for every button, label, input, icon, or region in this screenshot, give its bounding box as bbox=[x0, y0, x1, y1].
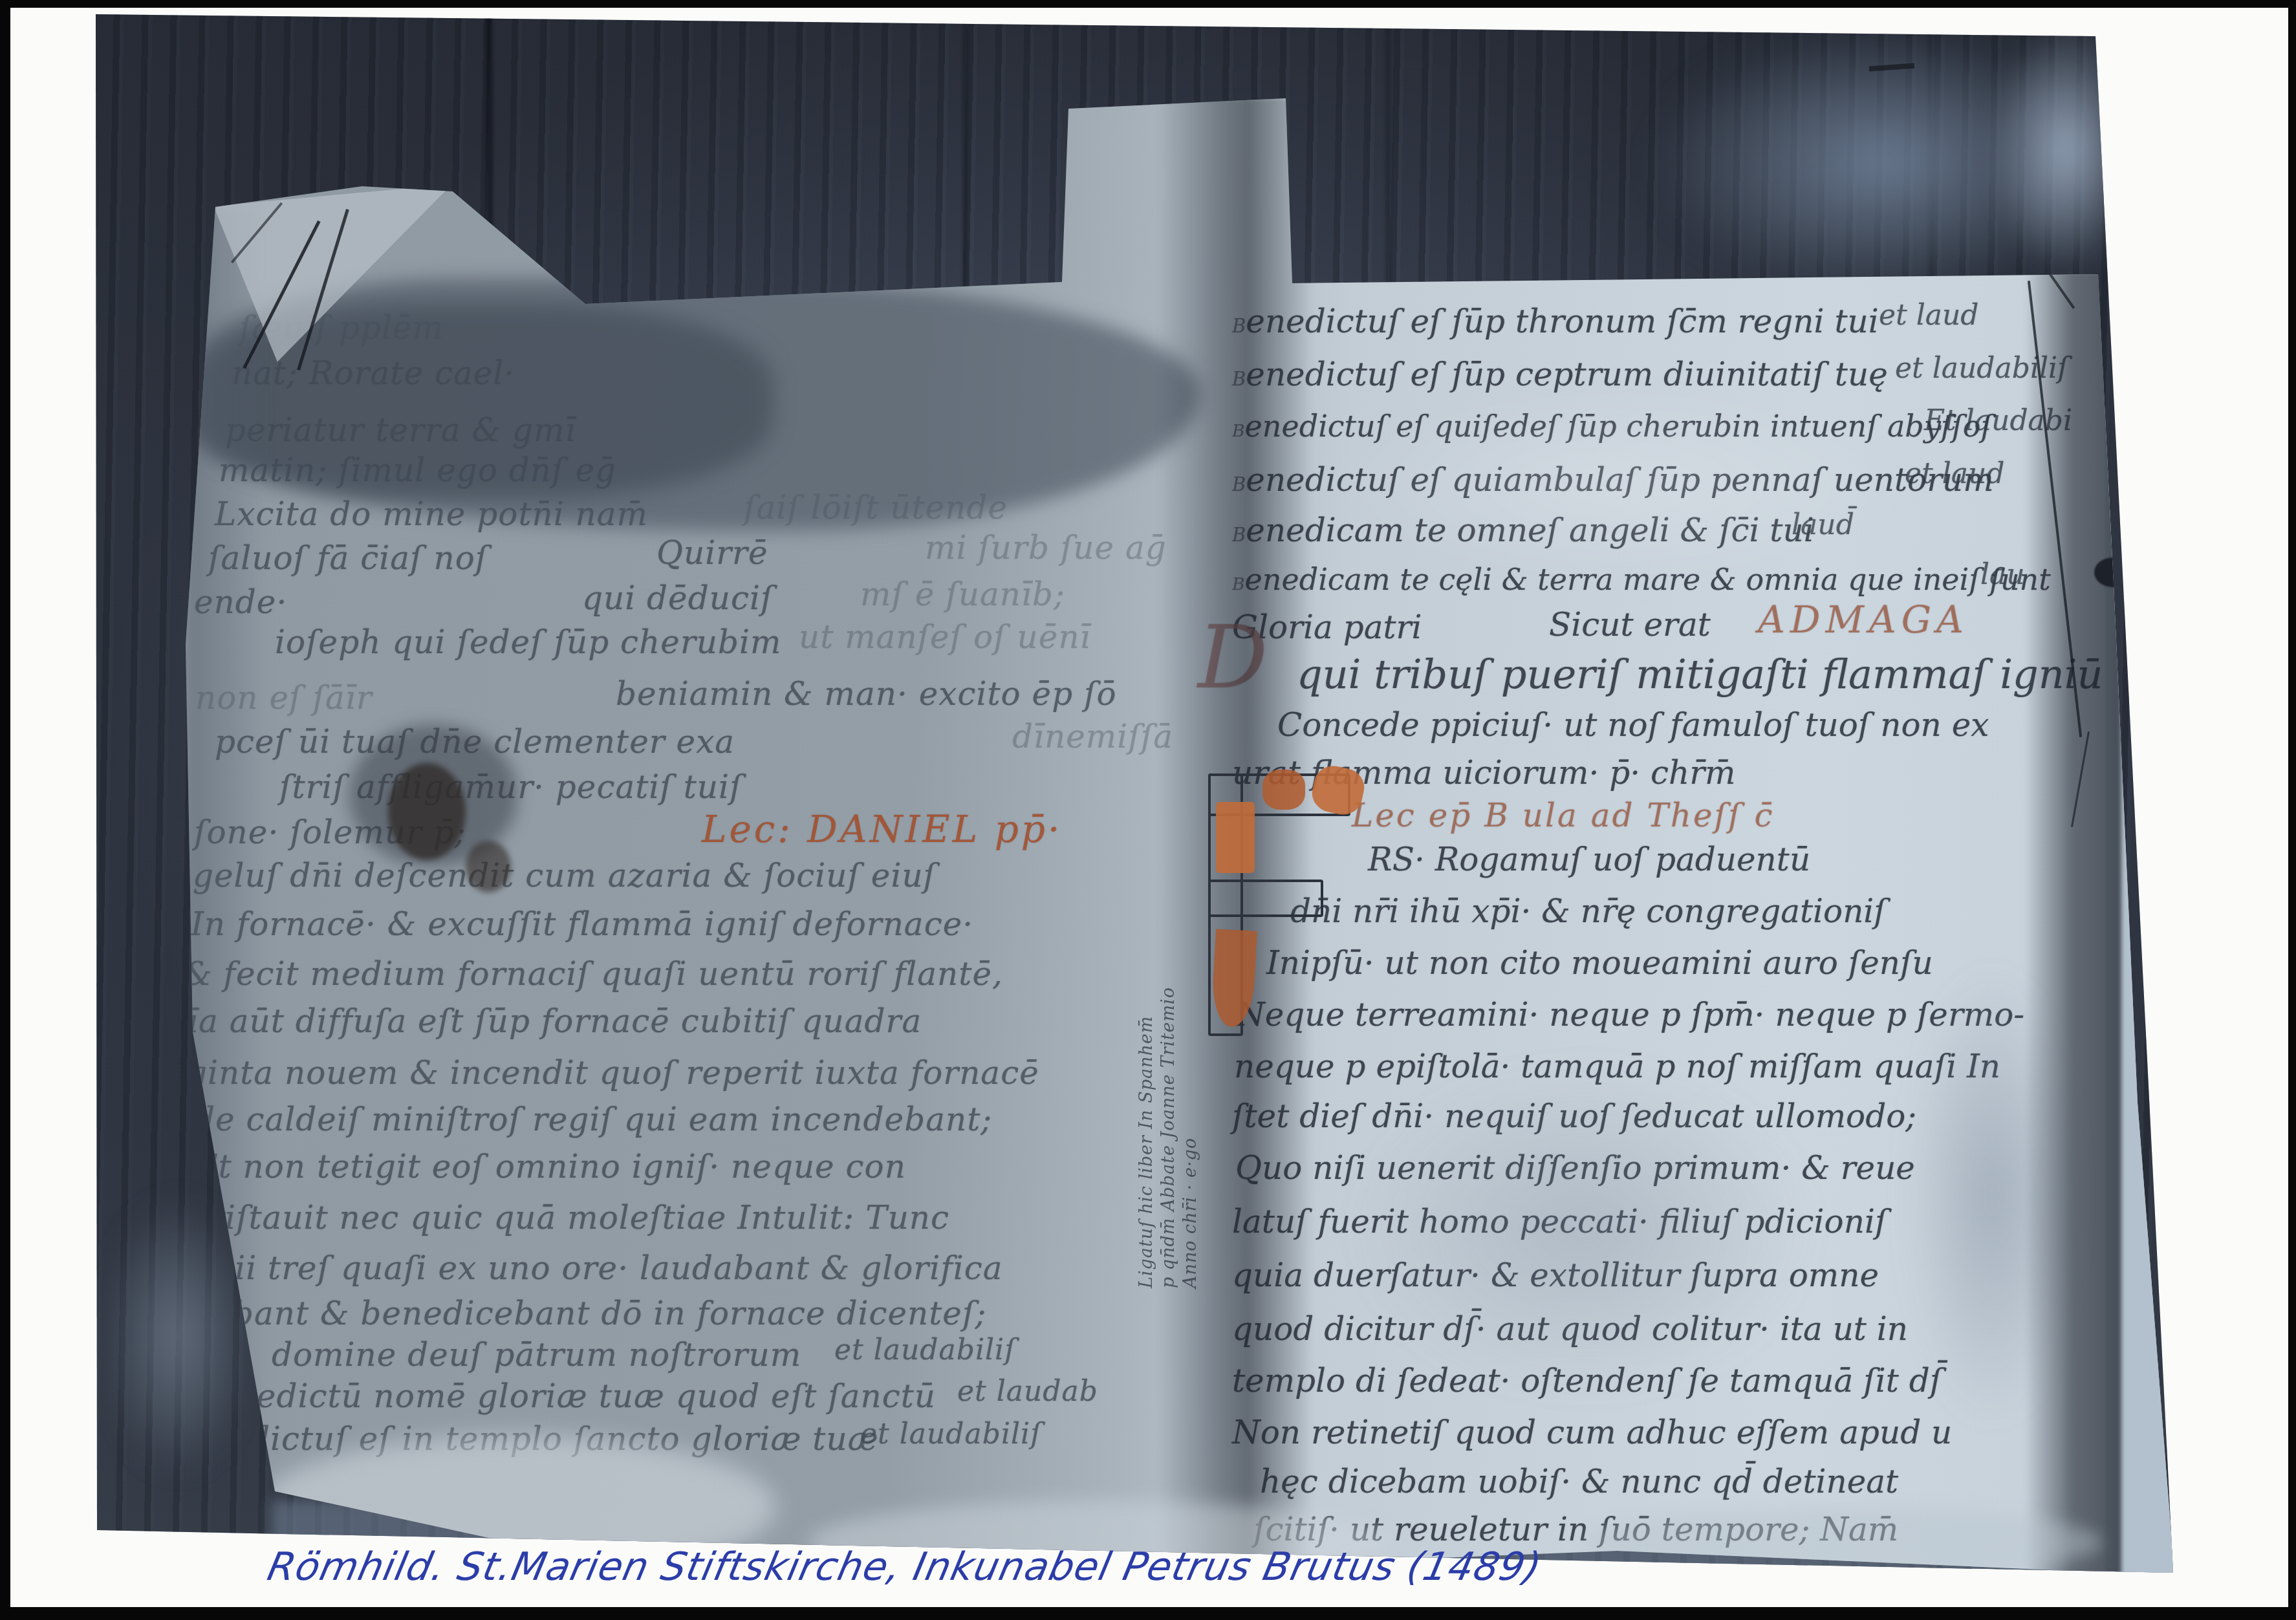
rubric-lectio: Lec ep̄ B ula ad Theſſ c̄ bbox=[1352, 797, 1774, 834]
initial-f-fill bbox=[1216, 802, 1255, 873]
page-shadow-mid bbox=[1358, 1067, 1811, 1390]
page-highlight bbox=[1326, 388, 1908, 582]
manuscript-line: Inipſū· ut non cito moueamini auro ſenſu bbox=[1266, 944, 1933, 982]
right-fold-gap bbox=[2024, 272, 2121, 1578]
manuscript-line: hęc dicebam uobiſ· & nunc qd̄ detineat bbox=[1260, 1463, 1898, 1500]
catchword: et laud bbox=[1879, 299, 1979, 332]
manuscript-line: Neque terreamini· neque p ſpm̄· neque p … bbox=[1237, 996, 2024, 1033]
manuscript-line: dn̄i nr̄i ihū xp̄i· & nr̄ę congregationi… bbox=[1290, 892, 1886, 930]
manuscript-line: RS· Rogamuſ uoſ paduentū bbox=[1368, 841, 1810, 878]
manuscript-photo: ſæuiſ pplēm nat; Rorate cael· periatur t… bbox=[0, 0, 2296, 1620]
manuscript-line: Concede ppiciuſ· ut noſ famuloſ tuoſ non… bbox=[1277, 706, 1989, 744]
catchword: lau bbox=[1980, 558, 2025, 591]
caption-handwriting: Römhild. St.Marien Stiftskirche, Inkunab… bbox=[264, 1544, 1546, 1590]
initial-f-fill bbox=[1262, 770, 1305, 810]
manuscript-line: Non retinetiſ quod cum adhuc eſſem apud … bbox=[1232, 1414, 1952, 1451]
parchment-hole-left bbox=[388, 763, 466, 860]
initial-f-arm-mid bbox=[1208, 880, 1323, 917]
rubric-ad-mag: ADMAGA bbox=[1758, 598, 1969, 642]
manuscript-line: qui tribuſ pueriſ mitigaſti flammaſ igni… bbox=[1297, 651, 2103, 698]
manuscript-line: Benedictuſ eſ ſūp thronum ſc̄m regni tui bbox=[1232, 303, 1879, 340]
catchword: et laud bbox=[1905, 457, 2005, 490]
marginal-note-line: Ligatuſ hic liber In Spanhem̄ bbox=[1136, 874, 1158, 1288]
scanned-photo-page: ſæuiſ pplēm nat; Rorate cael· periatur t… bbox=[0, 0, 2296, 1620]
parchment-hole-left-small bbox=[466, 841, 511, 892]
manuscript-line: Sicut erat bbox=[1549, 606, 1711, 643]
